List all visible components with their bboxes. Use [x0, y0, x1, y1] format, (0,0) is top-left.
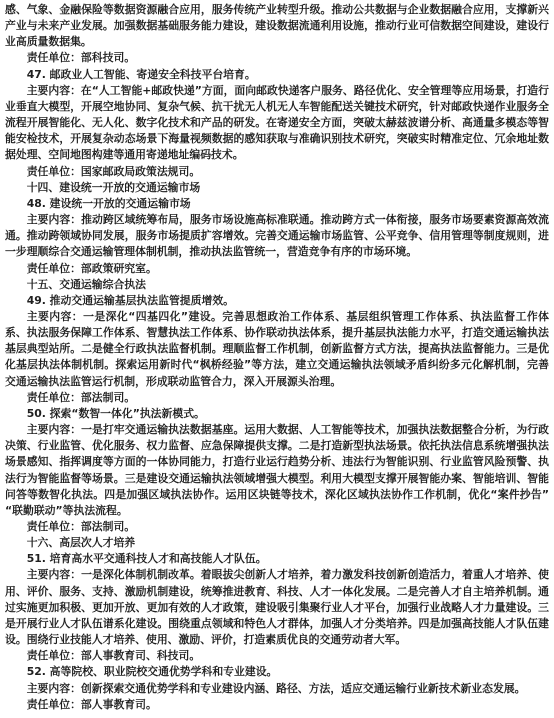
- section-heading: 十六、高层次人才培养: [5, 535, 549, 551]
- item-content: 主要内容：一是打牢交通运输执法数据基座。运用大数据、人工智能等技术，加强执法数据…: [5, 422, 549, 519]
- item-content: 主要内容：创新探索交通优势学科和专业建设内涵、路径、方法，适应交通运输行业新技术…: [5, 681, 549, 697]
- section-heading: 十四、建设统一开放的交通运输市场: [5, 180, 549, 196]
- responsibility-line: 责任单位：部法制司。: [5, 390, 549, 406]
- responsibility-line: 责任单位：部科技司。: [5, 50, 549, 66]
- item-title: 49. 推动交通运输基层执法监管提质增效。: [5, 293, 549, 309]
- item-title: 51. 培育高水平交通科技人才和高技能人才队伍。: [5, 551, 549, 567]
- item-title: 47. 邮政业人工智能、寄递安全科技平台培育。: [5, 67, 549, 83]
- document-page: 感、气象、金融保险等数据资源融合应用，服务传统产业转型升级。推动公共数据与企业数…: [0, 0, 554, 718]
- item-title: 50. 探索“数智一体化”执法新模式。: [5, 406, 549, 422]
- responsibility-line: 责任单位：部政策研究室。: [5, 261, 549, 277]
- item-content: 主要内容：一是深化“四基四化”建设。完善思想政治工作体系、基层组织管理工作体系、…: [5, 309, 549, 390]
- item-content: 主要内容：推动跨区域统筹布局，服务市场设施高标准联通。推动跨方式一体衔接，服务市…: [5, 212, 549, 260]
- section-heading: 十五、交通运输综合执法: [5, 277, 549, 293]
- responsibility-line: 责任单位：部人事教育司、科技司。: [5, 648, 549, 664]
- responsibility-line: 责任单位：部法制司。: [5, 519, 549, 535]
- item-content: 主要内容：一是深化体制机制改革。着眼拔尖创新人才培养，着力激发科技创新创造活力，…: [5, 567, 549, 648]
- responsibility-line: 责任单位：部人事教育司。: [5, 697, 549, 713]
- item-title: 52. 高等院校、职业院校交通优势学科和专业建设。: [5, 664, 549, 680]
- responsibility-line: 责任单位：国家邮政局政策法规司。: [5, 164, 549, 180]
- document-body: 感、气象、金融保险等数据资源融合应用，服务传统产业转型升级。推动公共数据与企业数…: [5, 2, 549, 713]
- continuation-text: 感、气象、金融保险等数据资源融合应用，服务传统产业转型升级。推动公共数据与企业数…: [5, 2, 549, 50]
- item-title: 48. 建设统一开放的交通运输市场: [5, 196, 549, 212]
- item-content: 主要内容：在“人工智能+邮政快递”方面，面向邮政快递客户服务、路径优化、安全管理…: [5, 83, 549, 164]
